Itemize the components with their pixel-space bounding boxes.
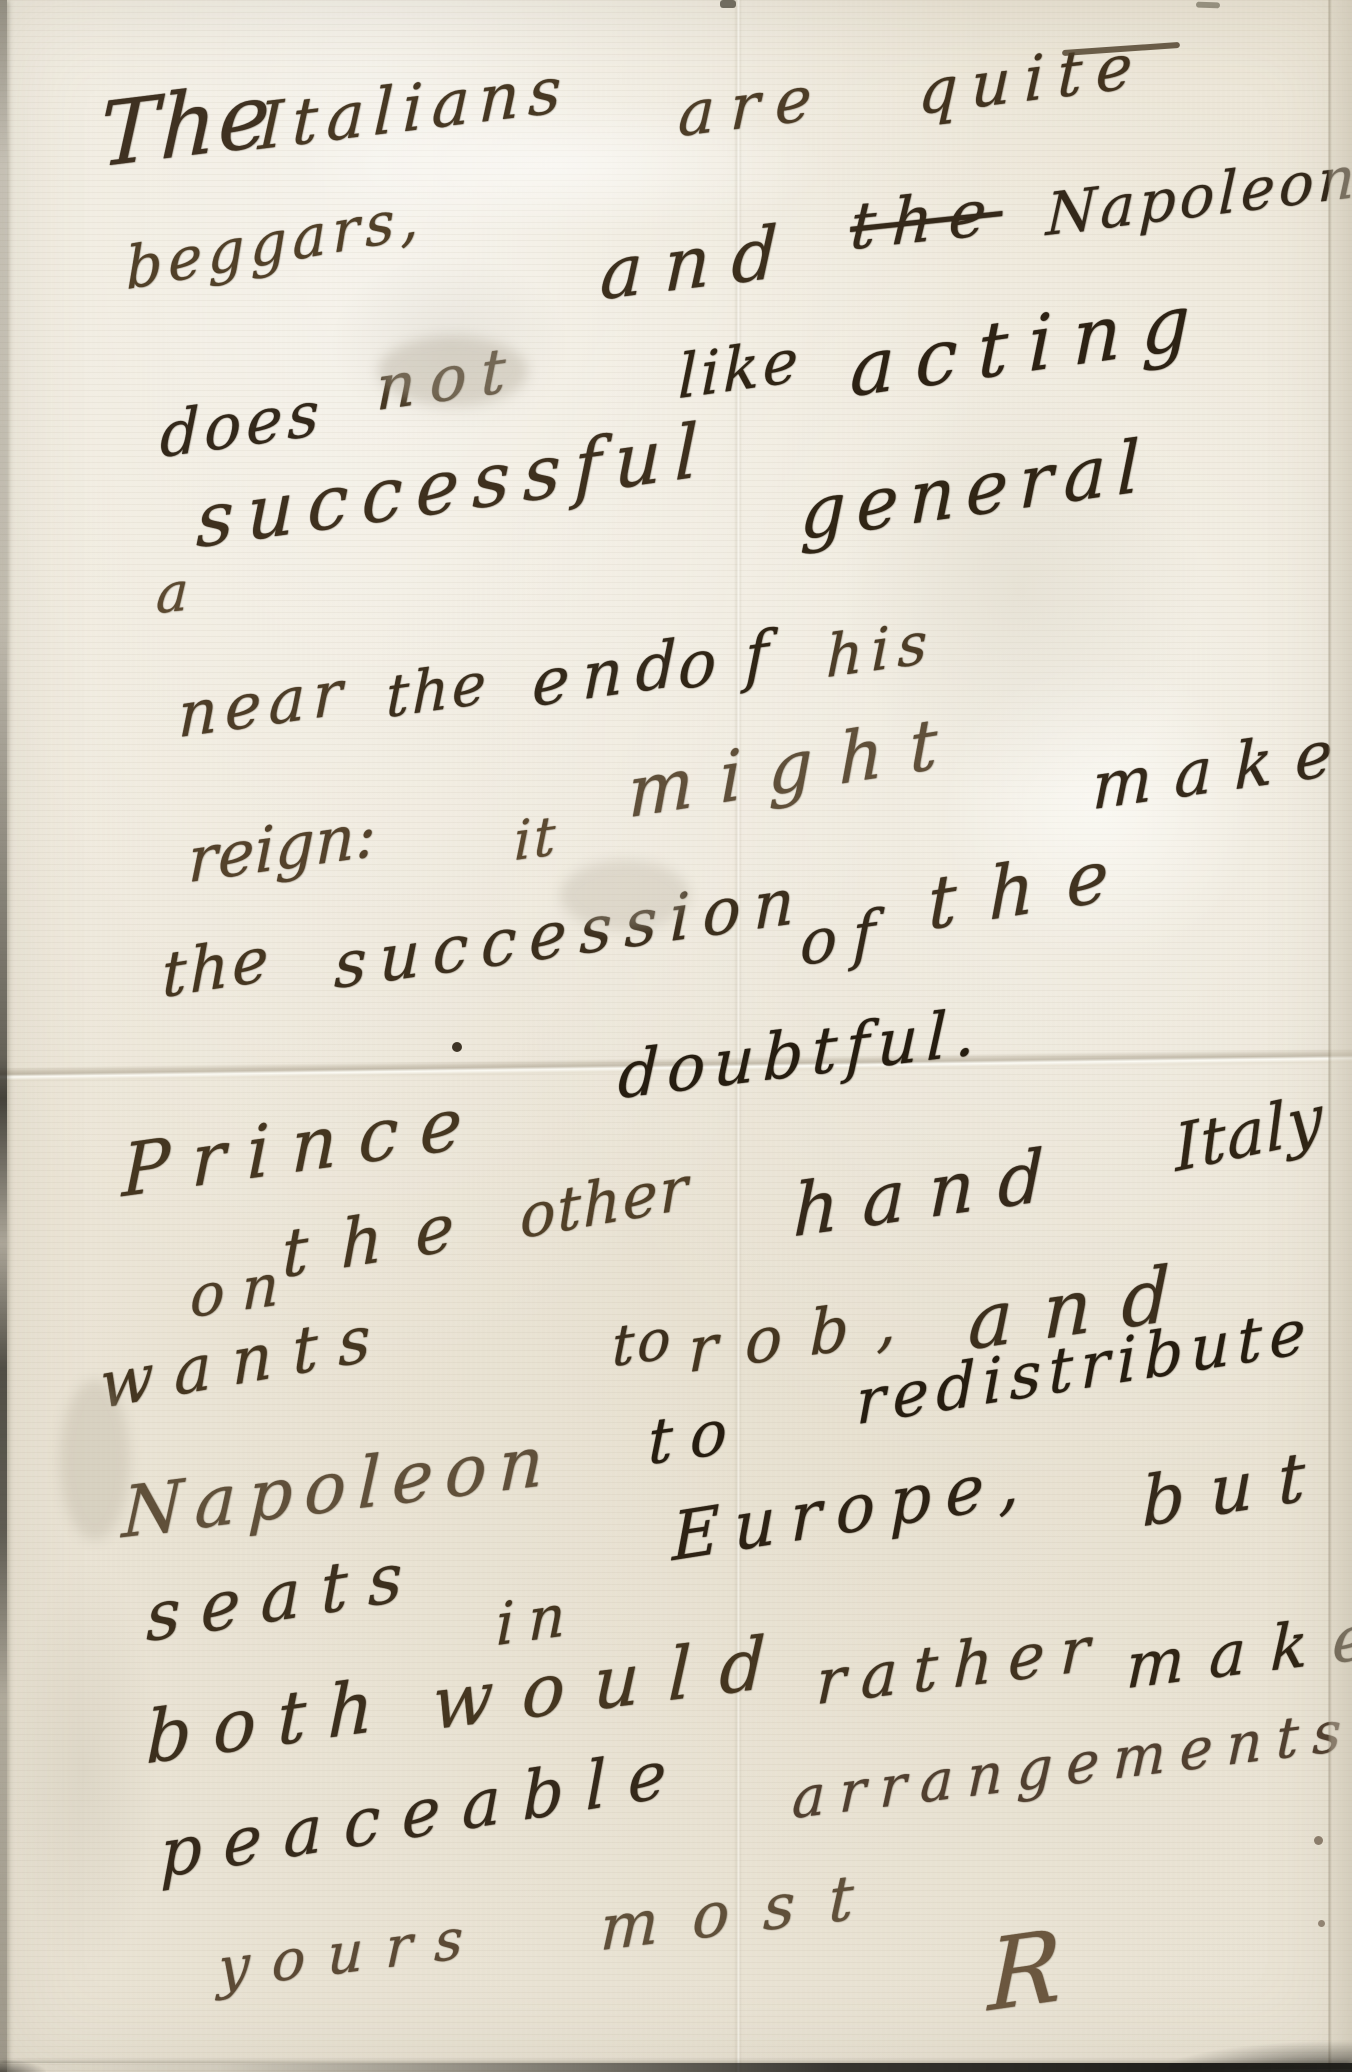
handwritten-word: yours (217, 1909, 486, 1998)
handwritten-word: acting (849, 281, 1210, 409)
handwritten-word: a (155, 564, 190, 622)
handwritten-word: The (99, 70, 274, 180)
handwritten-word: Prince (121, 1084, 484, 1208)
handwritten-word: not (376, 337, 521, 420)
handwritten-word: seats (146, 1541, 422, 1654)
handwritten-word: most (599, 1862, 888, 1960)
handwritten-word: would (431, 1623, 795, 1740)
handwritten-word: both (145, 1667, 395, 1775)
handwritten-word: might (628, 704, 964, 828)
handwritten-word: near (178, 660, 350, 747)
handwritten-word: Italians (257, 57, 571, 160)
handwritten-word: like (678, 330, 803, 408)
handwritten-word: Napoleon (121, 1424, 556, 1548)
handwritten-word: end (532, 630, 690, 717)
manuscript-page: TheItaliansarequitebeggars,andtheNapoleo… (0, 0, 1352, 2072)
handwritten-word: in (496, 1584, 580, 1654)
handwriting-layer: TheItaliansarequitebeggars,andtheNapoleo… (0, 0, 1352, 2072)
handwritten-word: Napoleon (1045, 147, 1352, 244)
handwritten-word: to (612, 1311, 674, 1376)
handwritten-word: the (928, 834, 1140, 941)
handwritten-word: it (514, 808, 559, 869)
handwritten-word: reign: (188, 803, 378, 892)
handwritten-word: R (987, 1917, 1062, 2026)
handwritten-word: the (386, 653, 490, 726)
handwritten-word: to (648, 1398, 745, 1474)
handwritten-word: doubtful. (617, 1000, 985, 1110)
handwritten-word: make (1092, 719, 1352, 821)
handwritten-word: the (282, 1189, 487, 1288)
handwritten-word: arrangements. (791, 1699, 1352, 1829)
handwritten-word: the (162, 927, 271, 1007)
handwritten-word: succession (334, 868, 808, 999)
handwritten-word: hand (792, 1136, 1067, 1247)
handwritten-word: make (1125, 1603, 1352, 1699)
handwritten-word: are (677, 65, 828, 146)
handwritten-word: his (826, 612, 936, 686)
handwritten-word: general (799, 428, 1150, 550)
handwritten-word: of (800, 900, 891, 975)
handwritten-word: quite (917, 34, 1147, 125)
handwritten-word: other (519, 1158, 690, 1249)
handwritten-word: of (678, 619, 798, 700)
handwritten-word: beggars, (125, 187, 424, 298)
handwritten-word: Italy (1173, 1086, 1325, 1182)
handwritten-word: on (190, 1253, 297, 1327)
handwritten-word: rather (815, 1616, 1106, 1714)
handwritten-word: does (160, 382, 325, 468)
handwritten-word: the (849, 180, 1004, 261)
handwritten-word: but (1142, 1440, 1330, 1539)
handwritten-word: and (599, 213, 800, 310)
